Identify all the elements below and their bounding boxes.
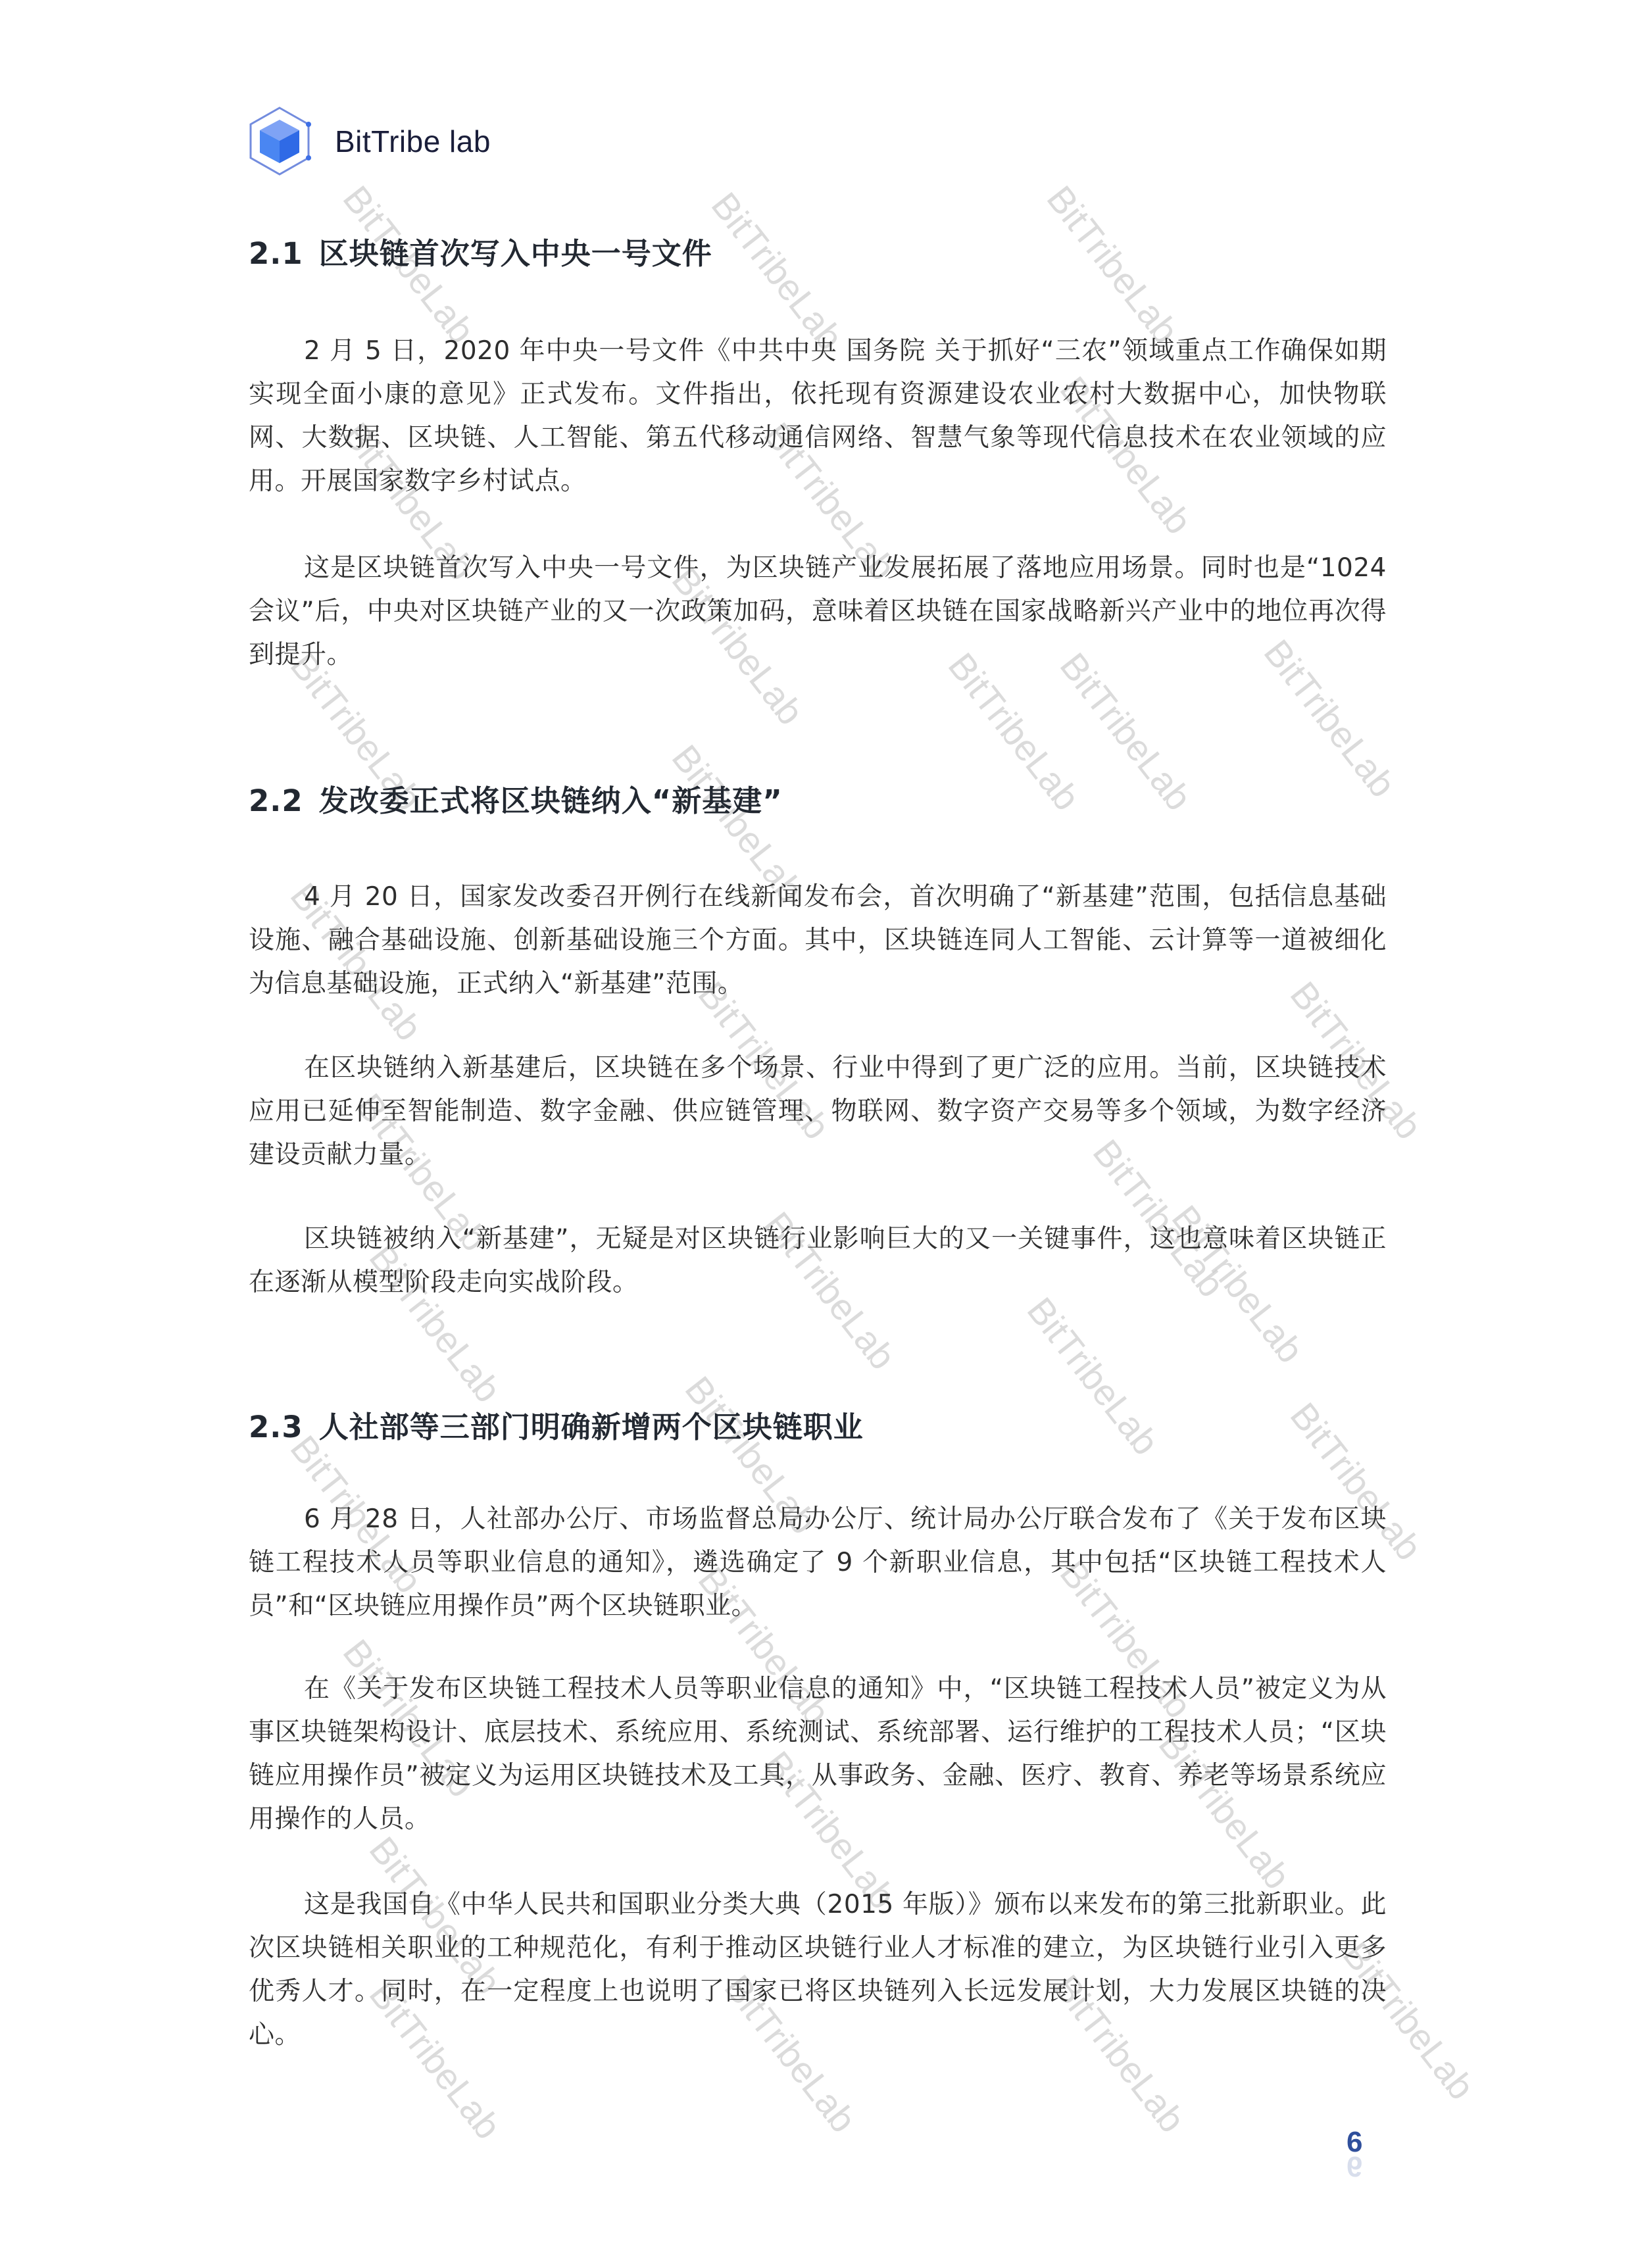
paragraph: 区块链被纳入“新基建”，无疑是对区块链行业影响巨大的又一关键事件，这也意味着区块… <box>249 1218 1387 1304</box>
brand-name: BitTribe lab <box>335 124 491 159</box>
section-heading-2-1: 2.1区块链首次写入中央一号文件 <box>249 230 712 272</box>
paragraph: 6 月 28 日，人社部办公厅、市场监督总局办公厅、统计局办公厅联合发布了《关于… <box>249 1498 1387 1628</box>
cube-logo-icon <box>247 105 312 178</box>
section-number: 2.3 <box>249 1410 303 1444</box>
section-title-text: 区块链首次写入中央一号文件 <box>319 236 712 271</box>
brand-logo: BitTribe lab <box>247 99 491 184</box>
section-title-text: 人社部等三部门明确新增两个区块链职业 <box>319 1410 864 1444</box>
paragraph: 这是区块链首次写入中央一号文件，为区块链产业发展拓展了落地应用场景。同时也是“1… <box>249 547 1387 677</box>
paragraph: 这是我国自《中华人民共和国职业分类大典（2015 年版）》颁布以来发布的第三批新… <box>249 1883 1387 2057</box>
watermark-text: BitTribeLab <box>1019 1289 1168 1463</box>
section-title-text: 发改委正式将区块链纳入“新基建” <box>319 783 783 818</box>
section-heading-2-2: 2.2发改委正式将区块链纳入“新基建” <box>249 777 783 820</box>
section-number: 2.2 <box>249 783 303 818</box>
paragraph: 在《关于发布区块链工程技术人员等职业信息的通知》中，“区块链工程技术人员”被定义… <box>249 1667 1387 1841</box>
paragraph: 2 月 5 日，2020 年中央一号文件《中共中央 国务院 关于抓好“三农”领域… <box>249 330 1387 503</box>
paragraph: 4 月 20 日，国家发改委召开例行在线新闻发布会，首次明确了“新基建”范围，包… <box>249 875 1387 1006</box>
section-number: 2.1 <box>249 236 303 271</box>
watermark-text: BitTribeLab <box>1039 178 1187 351</box>
section-heading-2-3: 2.3人社部等三部门明确新增两个区块链职业 <box>249 1403 864 1446</box>
paragraph: 在区块链纳入新基建后，区块链在多个场景、行业中得到了更广泛的应用。当前，区块链技… <box>249 1047 1387 1177</box>
page-number: 6 <box>1347 2126 1362 2159</box>
